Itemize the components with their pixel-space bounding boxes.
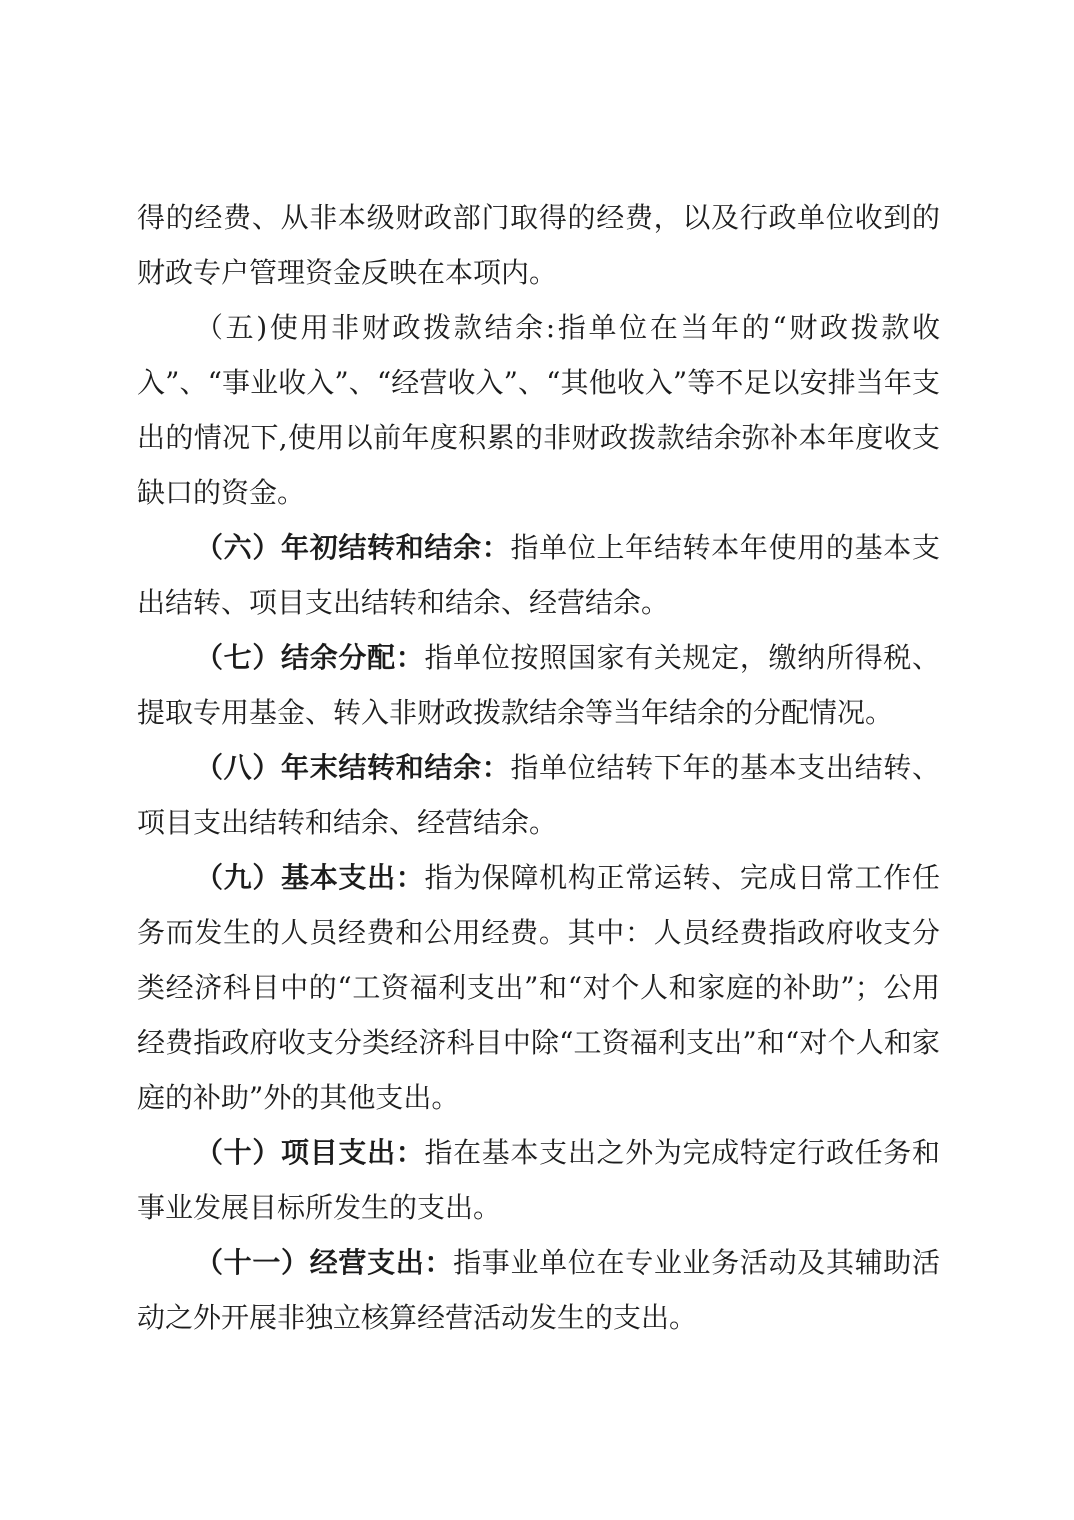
term-label: （七）结余分配： <box>195 641 424 674</box>
term-label: （十）项目支出： <box>195 1136 424 1169</box>
para-item-10: （十）项目支出：指在基本支出之外为完成特定行政任务和事业发展目标所发生的支出。 <box>137 1125 940 1235</box>
para-item-6: （六）年初结转和结余：指单位上年结转本年使用的基本支出结转、项目支出结转和结余、… <box>137 520 940 630</box>
para-item-5: （五)使用非财政拨款结余:指单位在当年的“财政拨款收入”、“事业收入”、“经营收… <box>137 300 940 520</box>
document-body: 得的经费、从非本级财政部门取得的经费，以及行政单位收到的财政专户管理资金反映在本… <box>137 190 940 1345</box>
term-label: （十一）经营支出： <box>195 1246 453 1279</box>
para-item-9: （九）基本支出：指为保障机构正常运转、完成日常工作任务而发生的人员经费和公用经费… <box>137 850 940 1125</box>
para-item-8: （八）年末结转和结余：指单位结转下年的基本支出结转、项目支出结转和结余、经营结余… <box>137 740 940 850</box>
para-item-11: （十一）经营支出：指事业单位在专业业务活动及其辅助活动之外开展非独立核算经营活动… <box>137 1235 940 1345</box>
term-label: （五)使用非财政拨款结余: <box>195 311 555 344</box>
document-page: 得的经费、从非本级财政部门取得的经费，以及行政单位收到的财政专户管理资金反映在本… <box>0 0 1074 1520</box>
para-continuation: 得的经费、从非本级财政部门取得的经费，以及行政单位收到的财政专户管理资金反映在本… <box>137 190 940 300</box>
para-item-7: （七）结余分配：指单位按照国家有关规定，缴纳所得税、提取专用基金、转入非财政拨款… <box>137 630 940 740</box>
term-label: （八）年末结转和结余： <box>195 751 510 784</box>
paragraph-text: 得的经费、从非本级财政部门取得的经费，以及行政单位收到的财政专户管理资金反映在本… <box>137 201 940 289</box>
term-label: （六）年初结转和结余： <box>195 531 510 564</box>
paragraph-text: 指为保障机构正常运转、完成日常工作任务而发生的人员经费和公用经费。其中：人员经费… <box>137 861 940 1114</box>
term-label: （九）基本支出： <box>195 861 424 894</box>
